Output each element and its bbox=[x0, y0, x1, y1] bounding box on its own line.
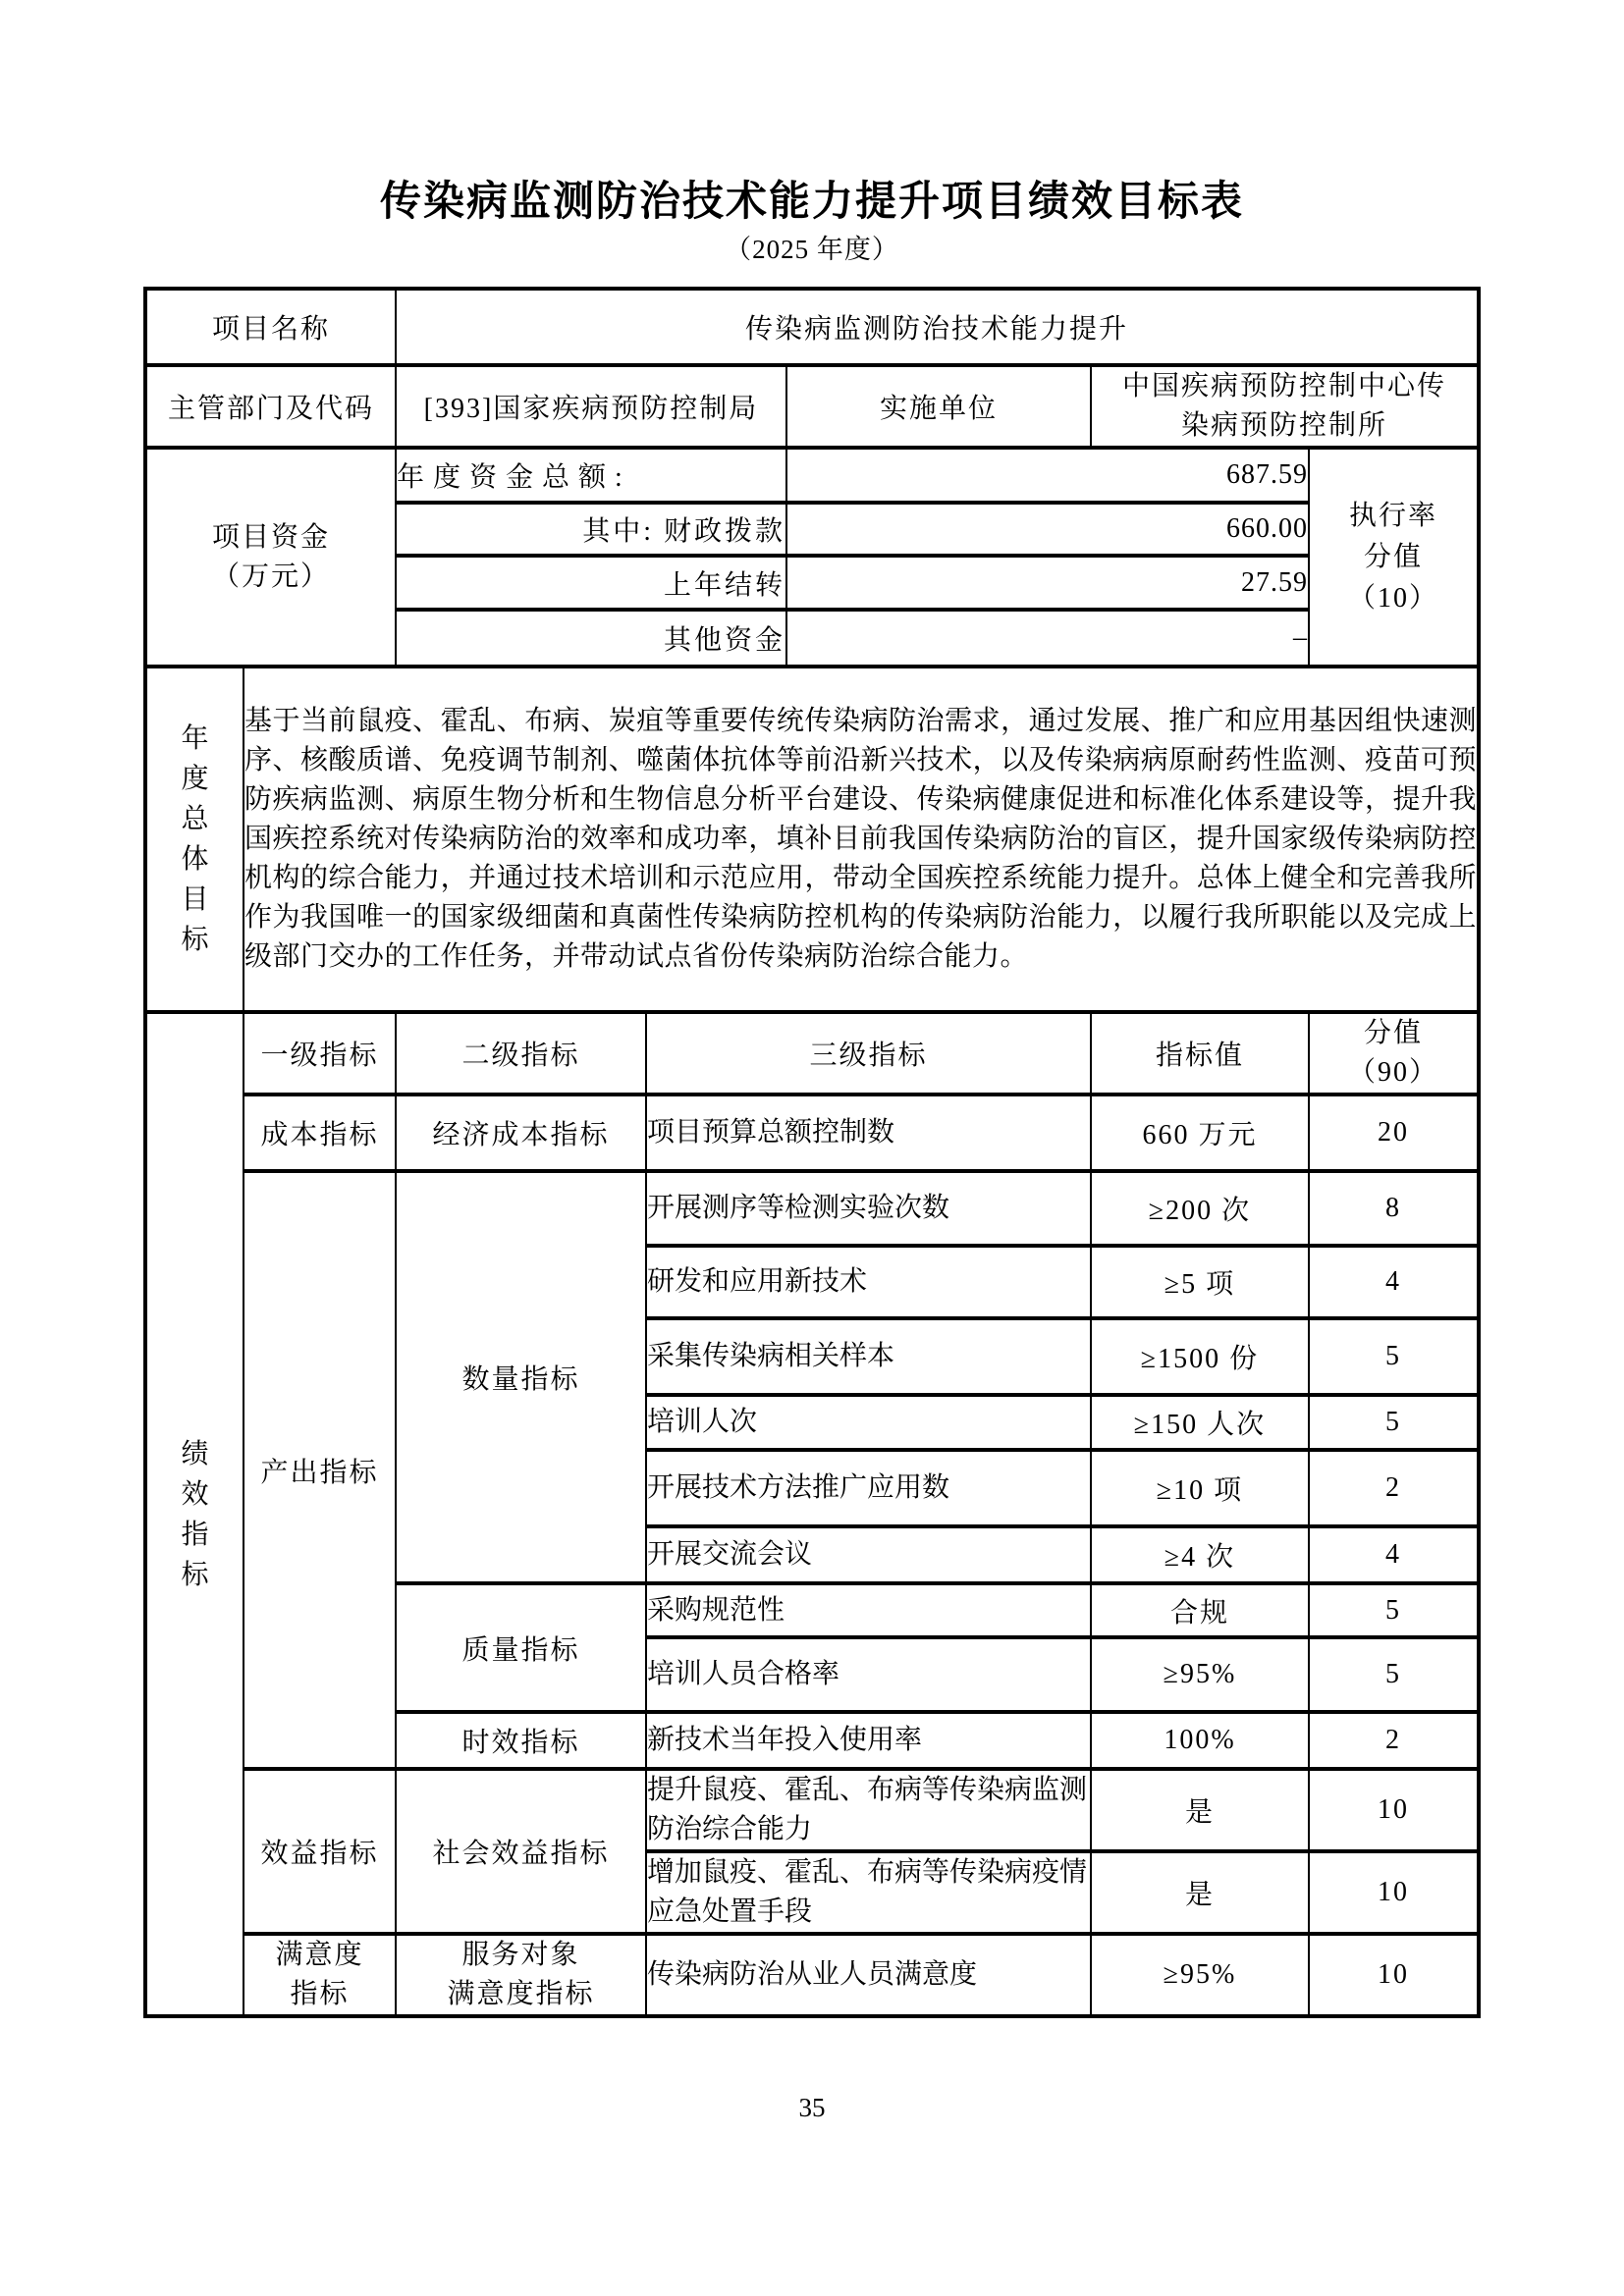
indicator-score: 5 bbox=[1309, 1395, 1479, 1450]
funding-label: 项目资金 （万元） bbox=[145, 448, 396, 667]
indicator-score: 4 bbox=[1309, 1526, 1479, 1583]
annual-goal-row: 年 度 总 体 目 标 基于当前鼠疫、霍乱、布病、炭疽等重要传统传染病防治需求，… bbox=[145, 667, 1479, 1012]
level1-label: 成本指标 bbox=[244, 1095, 396, 1171]
indicator-name: 增加鼠疫、霍乱、布病等传染病疫情应急处置手段 bbox=[646, 1851, 1091, 1934]
indicator-score: 5 bbox=[1309, 1318, 1479, 1395]
indicator-name: 开展技术方法推广应用数 bbox=[646, 1450, 1091, 1526]
page-number: 35 bbox=[0, 2093, 1624, 2123]
indicator-name: 培训人员合格率 bbox=[646, 1637, 1091, 1712]
header-level3: 三级指标 bbox=[646, 1012, 1091, 1095]
header-level2: 二级指标 bbox=[396, 1012, 646, 1095]
level1-label: 效益指标 bbox=[244, 1769, 396, 1934]
performance-target-table: 项目名称 传染病监测防治技术能力提升 主管部门及代码 [393]国家疾病预防控制… bbox=[143, 287, 1481, 2018]
annual-goal-text: 基于当前鼠疫、霍乱、布病、炭疽等重要传统传染病防治需求，通过发展、推广和应用基因… bbox=[244, 667, 1479, 1012]
indicator-name: 项目预算总额控制数 bbox=[646, 1095, 1091, 1171]
funding-item-value: 27.59 bbox=[786, 556, 1309, 610]
indicator-name: 新技术当年投入使用率 bbox=[646, 1712, 1091, 1769]
funding-item-label: 其中: 财政拨款 bbox=[396, 503, 786, 556]
implementer-label: 实施单位 bbox=[786, 365, 1091, 448]
header-value: 指标值 bbox=[1091, 1012, 1309, 1095]
indicator-row: 效益指标 社会效益指标 提升鼠疫、霍乱、布病等传染病监测防治综合能力 是 10 bbox=[145, 1769, 1479, 1851]
indicator-name: 采集传染病相关样本 bbox=[646, 1318, 1091, 1395]
indicator-value: ≥4 次 bbox=[1091, 1526, 1309, 1583]
indicator-value: ≥10 项 bbox=[1091, 1450, 1309, 1526]
funding-item-label: 上年结转 bbox=[396, 556, 786, 610]
project-name-row: 项目名称 传染病监测防治技术能力提升 bbox=[145, 289, 1479, 365]
indicator-value: ≥150 人次 bbox=[1091, 1395, 1309, 1450]
indicator-score: 4 bbox=[1309, 1246, 1479, 1318]
level2-label: 服务对象 满意度指标 bbox=[396, 1934, 646, 2016]
indicator-row: 产出指标 数量指标 开展测序等检测实验次数 ≥200 次 8 bbox=[145, 1171, 1479, 1246]
indicators-section-label: 绩 效 指 标 bbox=[145, 1012, 244, 2016]
indicator-score: 5 bbox=[1309, 1637, 1479, 1712]
indicator-value: ≥200 次 bbox=[1091, 1171, 1309, 1246]
indicator-header-row: 绩 效 指 标 一级指标 二级指标 三级指标 指标值 分值 （90） bbox=[145, 1012, 1479, 1095]
funding-item-value: – bbox=[786, 610, 1309, 667]
level2-label: 数量指标 bbox=[396, 1171, 646, 1583]
funding-item-label: 其他资金 bbox=[396, 610, 786, 667]
level2-label: 社会效益指标 bbox=[396, 1769, 646, 1934]
indicator-value: ≥5 项 bbox=[1091, 1246, 1309, 1318]
indicator-score: 2 bbox=[1309, 1450, 1479, 1526]
department-row: 主管部门及代码 [393]国家疾病预防控制局 实施单位 中国疾病预防控制中心传 … bbox=[145, 365, 1479, 448]
page-subtitle: （2025 年度） bbox=[0, 234, 1624, 265]
indicator-name: 开展测序等检测实验次数 bbox=[646, 1171, 1091, 1246]
page-title: 传染病监测防治技术能力提升项目绩效目标表 bbox=[0, 0, 1624, 224]
indicator-name: 培训人次 bbox=[646, 1395, 1091, 1450]
indicator-score: 8 bbox=[1309, 1171, 1479, 1246]
level2-label: 经济成本指标 bbox=[396, 1095, 646, 1171]
indicator-score: 5 bbox=[1309, 1583, 1479, 1637]
project-name-label: 项目名称 bbox=[145, 289, 396, 365]
indicator-row: 成本指标 经济成本指标 项目预算总额控制数 660 万元 20 bbox=[145, 1095, 1479, 1171]
header-score: 分值 （90） bbox=[1309, 1012, 1479, 1095]
implementer-value: 中国疾病预防控制中心传 染病预防控制所 bbox=[1091, 365, 1479, 448]
funding-item-value: 687.59 bbox=[786, 448, 1309, 503]
indicator-score: 10 bbox=[1309, 1769, 1479, 1851]
indicator-name: 提升鼠疫、霍乱、布病等传染病监测防治综合能力 bbox=[646, 1769, 1091, 1851]
indicator-name: 研发和应用新技术 bbox=[646, 1246, 1091, 1318]
level2-label: 时效指标 bbox=[396, 1712, 646, 1769]
level2-label: 质量指标 bbox=[396, 1583, 646, 1712]
indicator-value: 660 万元 bbox=[1091, 1095, 1309, 1171]
project-name-value: 传染病监测防治技术能力提升 bbox=[396, 289, 1479, 365]
indicator-score: 20 bbox=[1309, 1095, 1479, 1171]
funding-row: 项目资金 （万元） 年度资金总额: 687.59 执行率 分值 （10） bbox=[145, 448, 1479, 503]
indicator-name: 开展交流会议 bbox=[646, 1526, 1091, 1583]
level1-label: 产出指标 bbox=[244, 1171, 396, 1769]
indicator-score: 10 bbox=[1309, 1934, 1479, 2016]
document-page: 传染病监测防治技术能力提升项目绩效目标表 （2025 年度） 项目名称 传染病监… bbox=[0, 0, 1624, 2296]
indicator-name: 采购规范性 bbox=[646, 1583, 1091, 1637]
header-level1: 一级指标 bbox=[244, 1012, 396, 1095]
indicator-score: 2 bbox=[1309, 1712, 1479, 1769]
indicator-score: 10 bbox=[1309, 1851, 1479, 1934]
indicator-value: 100% bbox=[1091, 1712, 1309, 1769]
indicator-value: 合规 bbox=[1091, 1583, 1309, 1637]
indicator-name: 传染病防治从业人员满意度 bbox=[646, 1934, 1091, 2016]
level1-label: 满意度 指标 bbox=[244, 1934, 396, 2016]
indicator-row: 满意度 指标 服务对象 满意度指标 传染病防治从业人员满意度 ≥95% 10 bbox=[145, 1934, 1479, 2016]
execution-rate-label: 执行率 分值 （10） bbox=[1309, 448, 1479, 667]
department-label: 主管部门及代码 bbox=[145, 365, 396, 448]
indicator-value: ≥95% bbox=[1091, 1637, 1309, 1712]
indicator-value: ≥1500 份 bbox=[1091, 1318, 1309, 1395]
department-value: [393]国家疾病预防控制局 bbox=[396, 365, 786, 448]
funding-item-value: 660.00 bbox=[786, 503, 1309, 556]
indicator-value: ≥95% bbox=[1091, 1934, 1309, 2016]
indicator-value: 是 bbox=[1091, 1851, 1309, 1934]
annual-goal-label: 年 度 总 体 目 标 bbox=[145, 667, 244, 1012]
funding-item-label: 年度资金总额: bbox=[396, 448, 786, 503]
indicator-value: 是 bbox=[1091, 1769, 1309, 1851]
